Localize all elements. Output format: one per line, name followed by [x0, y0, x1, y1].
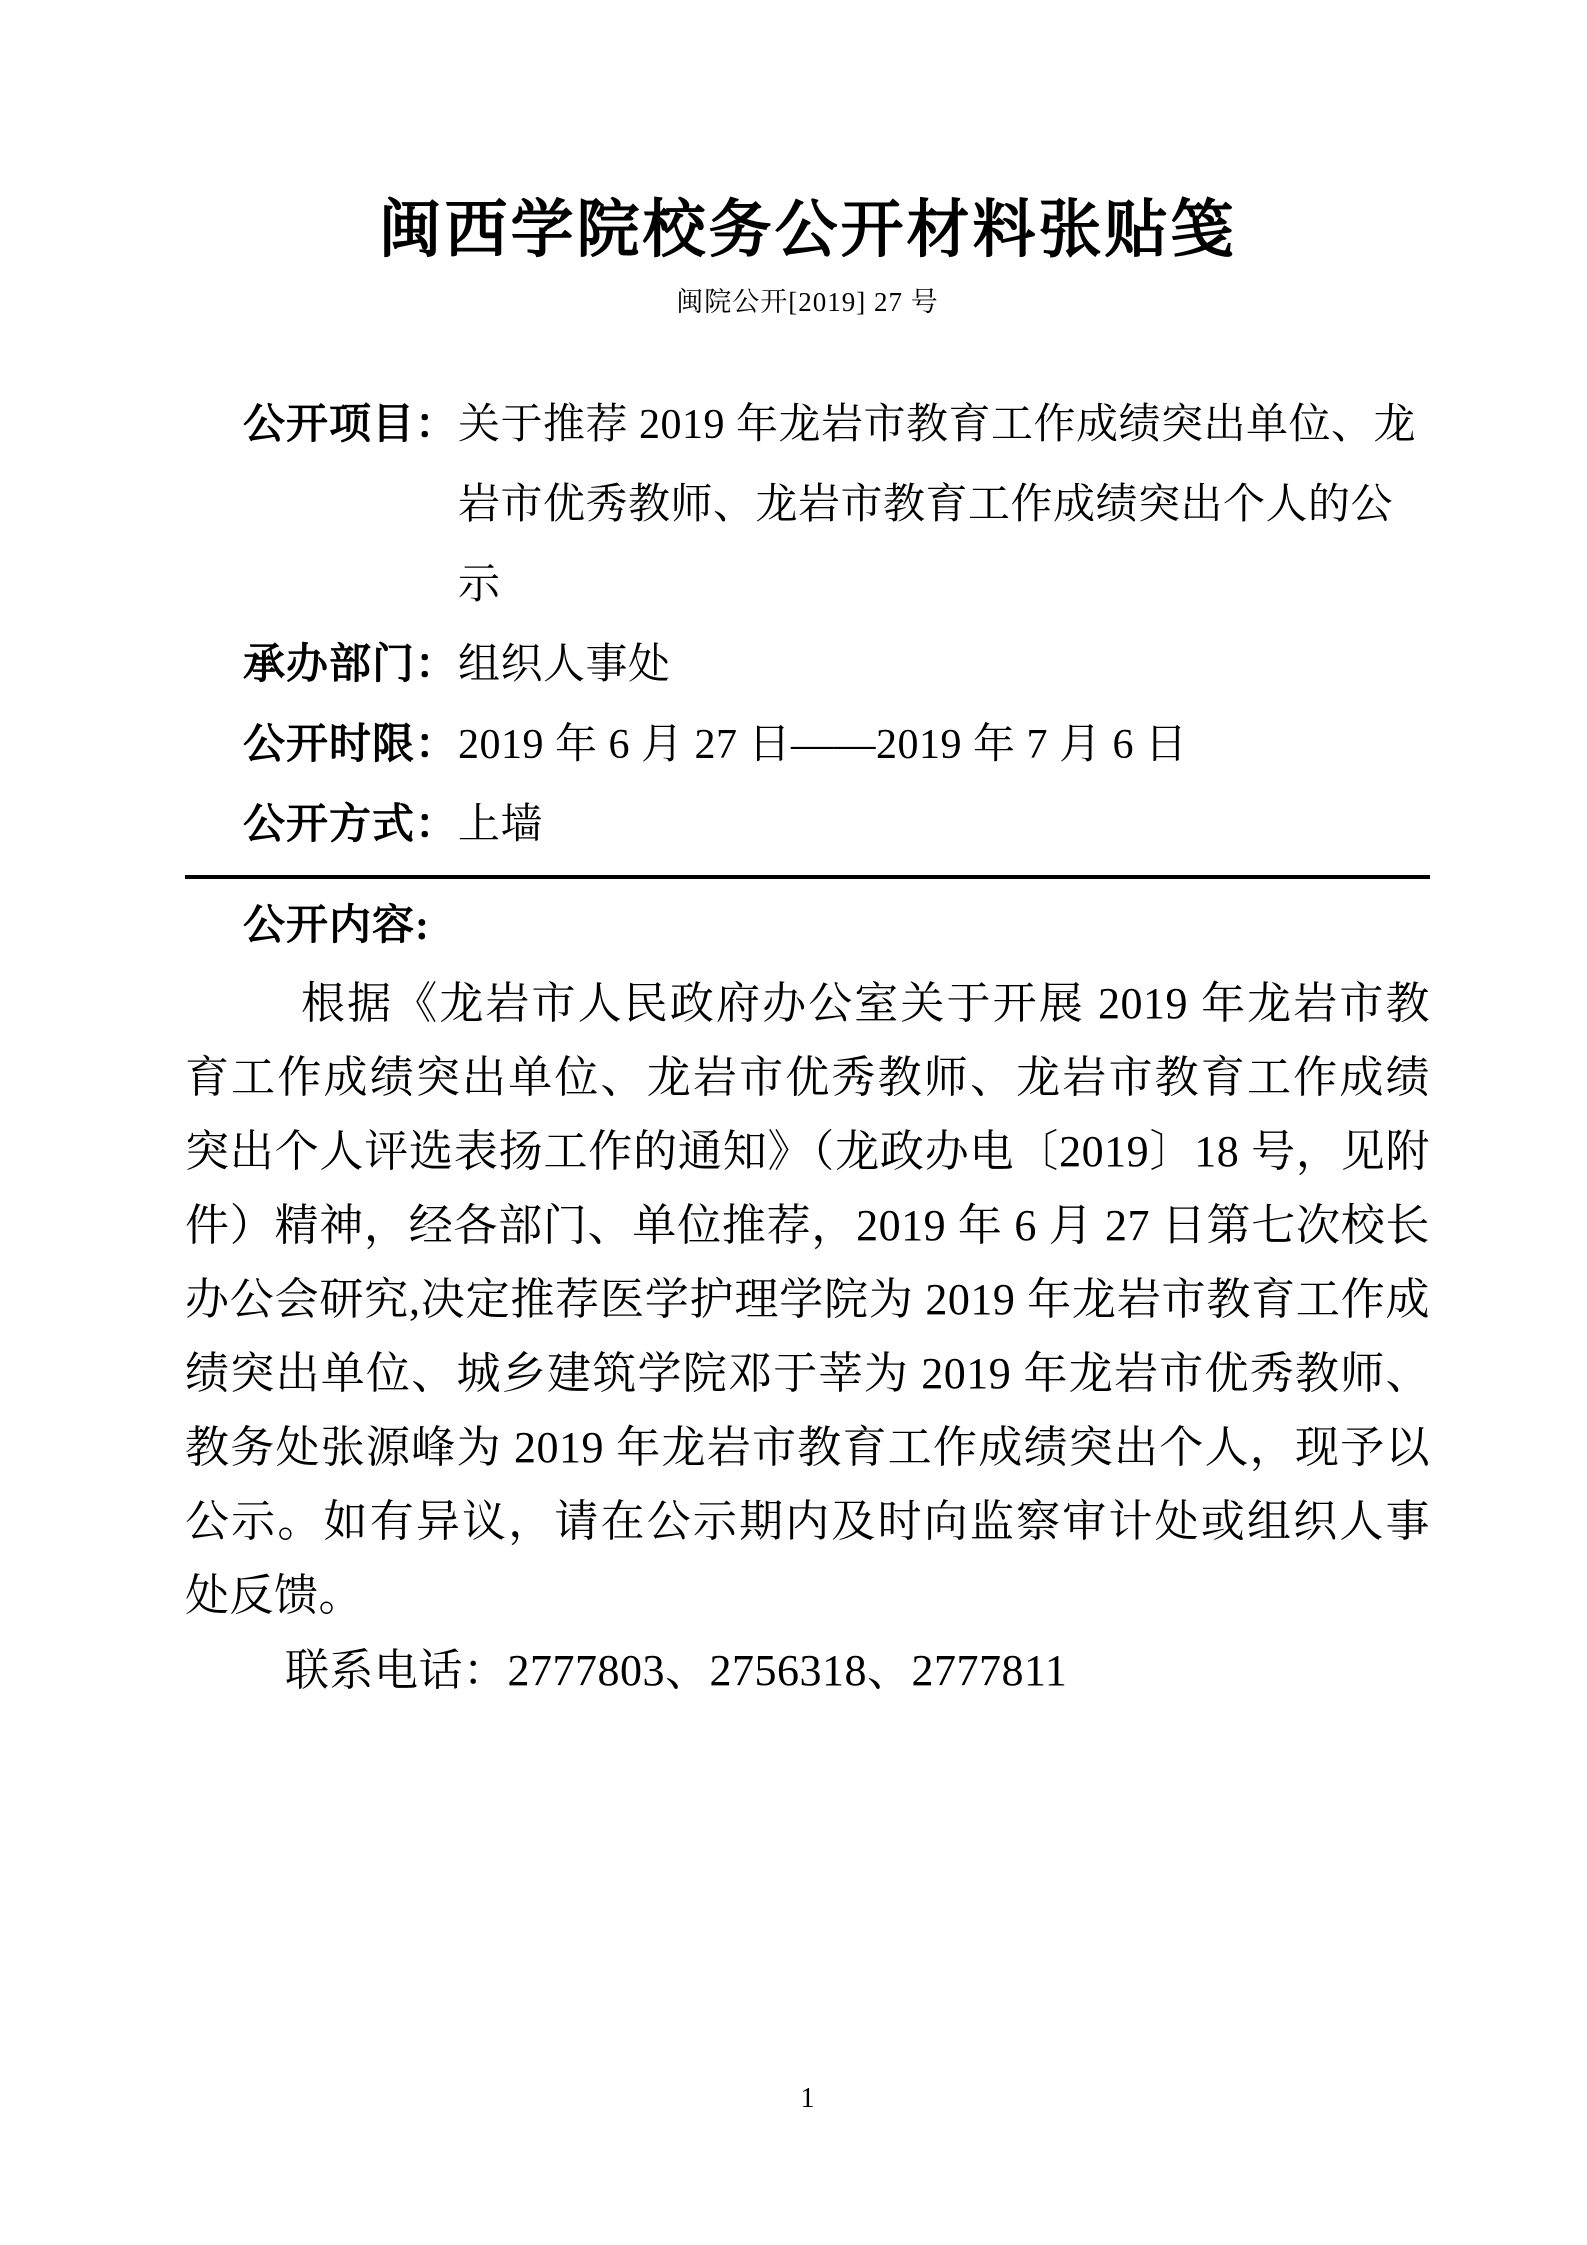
- document-page: 闽西学院校务公开材料张贴笺 闽院公开[2019] 27 号 公开项目： 关于推荐…: [0, 0, 1587, 2245]
- content-paragraph: 根据《龙岩市人民政府办公室关于开展 2019 年龙岩市教育工作成绩突出单位、龙岩…: [185, 967, 1430, 1633]
- doc-number: 闽院公开[2019] 27 号: [185, 280, 1430, 319]
- section-divider: [185, 875, 1430, 879]
- field-value-department: 组织人事处: [458, 625, 1430, 705]
- field-value-project: 关于推荐 2019 年龙岩市教育工作成绩突出单位、龙岩市优秀教师、龙岩市教育工作…: [458, 385, 1430, 625]
- field-row-time-limit: 公开时限： 2019 年 6 月 27 日——2019 年 7 月 6 日: [185, 705, 1430, 785]
- field-value-time-limit: 2019 年 6 月 27 日——2019 年 7 月 6 日: [458, 705, 1430, 785]
- field-row-department: 承办部门： 组织人事处: [185, 625, 1430, 705]
- page-title: 闽西学院校务公开材料张贴笺: [185, 195, 1430, 266]
- field-label-method: 公开方式：: [243, 785, 458, 865]
- content-section-label: 公开内容:: [185, 895, 1430, 957]
- field-row-method: 公开方式： 上墙: [185, 785, 1430, 865]
- field-label-project: 公开项目：: [243, 385, 458, 465]
- field-label-department: 承办部门：: [243, 625, 458, 705]
- contact-phone-line: 联系电话：2777803、2756318、2777811: [185, 1633, 1430, 1709]
- page-number: 1: [185, 2083, 1430, 2115]
- field-label-time-limit: 公开时限：: [243, 705, 458, 785]
- fields-section: 公开项目： 关于推荐 2019 年龙岩市教育工作成绩突出单位、龙岩市优秀教师、龙…: [185, 385, 1430, 865]
- field-value-method: 上墙: [458, 785, 1430, 865]
- field-row-project: 公开项目： 关于推荐 2019 年龙岩市教育工作成绩突出单位、龙岩市优秀教师、龙…: [185, 385, 1430, 625]
